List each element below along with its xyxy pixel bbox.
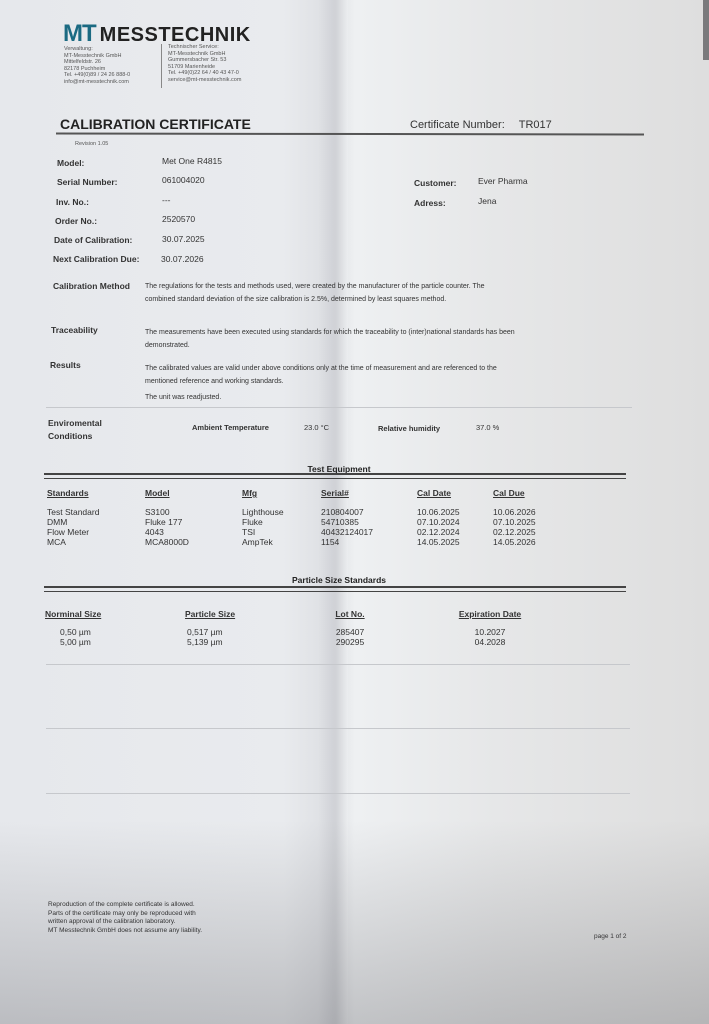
particle-standards-table: Norminal Size Particle Size Lot No. Expi… — [45, 609, 545, 647]
cell: TSI — [242, 527, 321, 537]
address-value: Jena — [478, 196, 496, 206]
cell: MCA — [47, 537, 145, 547]
cell: DMM — [47, 517, 145, 527]
service-address: Technischer Service: MT-Messtechnik GmbH… — [168, 44, 241, 83]
temperature-label: Ambient Temperature — [192, 423, 269, 432]
cell: 5,00 µm — [45, 637, 185, 647]
order-label: Order No.: — [55, 216, 97, 226]
address-divider — [161, 44, 162, 88]
cell: 07.10.2025 — [493, 517, 536, 527]
table-row: Flow Meter 4043 TSI 40432124017 02.12.20… — [47, 527, 536, 537]
cell: 54710385 — [321, 517, 417, 527]
column-header: Particle Size — [185, 609, 265, 627]
humidity-value: 37.0 % — [476, 423, 499, 432]
cell: 210804007 — [321, 507, 417, 517]
order-value: 2520570 — [162, 214, 195, 224]
address-line: Tel. +49(0)89 / 24 26 888-0 — [64, 72, 130, 79]
next-due-value: 30.07.2026 — [161, 254, 204, 264]
table-row: MCA MCA8000D AmpTek 1154 14.05.2025 14.0… — [47, 537, 536, 547]
logo-name: MESSTECHNIK — [100, 24, 251, 46]
address-line: service@mt-messtechnik.com — [168, 77, 241, 84]
cell: 14.05.2025 — [417, 537, 493, 547]
cell: 14.05.2026 — [493, 537, 536, 547]
column-header: Serial# — [321, 488, 417, 507]
cell: Fluke 177 — [145, 517, 242, 527]
cell: 5,139 µm — [185, 637, 265, 647]
table-row: 0,50 µm 0,517 µm 285407 10.2027 — [45, 627, 545, 637]
cell: Flow Meter — [47, 527, 145, 537]
certificate-number: Certificate Number:TR017 — [410, 119, 552, 131]
cell: AmpTek — [242, 537, 321, 547]
cell: 07.10.2024 — [417, 517, 493, 527]
test-equipment-rule — [44, 473, 626, 479]
particle-standards-heading: Particle Size Standards — [44, 575, 634, 585]
address-line: info@mt-messtechnik.com — [64, 79, 130, 86]
environment-label-2: Conditions — [48, 431, 92, 441]
customer-value: Ever Pharma — [478, 176, 528, 186]
inv-label: Inv. No.: — [56, 197, 89, 207]
cell: Test Standard — [47, 507, 145, 517]
test-equipment-table: Standards Model Mfg Serial# Cal Date Cal… — [47, 488, 536, 547]
cell: 290295 — [265, 637, 435, 647]
column-header: Cal Date — [417, 488, 493, 507]
cell: 04.2028 — [435, 637, 545, 647]
cell: 10.2027 — [435, 627, 545, 637]
footer-disclaimer: Reproduction of the complete certificate… — [48, 901, 202, 935]
table-row: DMM Fluke 177 Fluke 54710385 07.10.2024 … — [47, 517, 536, 527]
next-due-label: Next Calibration Due: — [53, 254, 139, 264]
cell: 10.06.2026 — [493, 507, 536, 517]
particle-standards-rule — [44, 586, 626, 592]
column-header: Mfg — [242, 488, 321, 507]
page-number: page 1 of 2 — [594, 933, 627, 942]
address-line: Tel. +49(0)22 64 / 40 43 47-0 — [168, 70, 241, 77]
cell: 02.12.2025 — [493, 527, 536, 537]
cell: 10.06.2025 — [417, 507, 493, 517]
row-divider — [46, 664, 630, 665]
cell: 40432124017 — [321, 527, 417, 537]
table-header-row: Norminal Size Particle Size Lot No. Expi… — [45, 609, 545, 627]
table-row: 5,00 µm 5,139 µm 290295 04.2028 — [45, 637, 545, 647]
cell: S3100 — [145, 507, 242, 517]
certificate-title: CALIBRATION CERTIFICATE — [60, 116, 251, 132]
certificate-number-value: TR017 — [519, 119, 552, 131]
column-header: Standards — [47, 488, 145, 507]
humidity-label: Relative humidity — [378, 424, 440, 433]
table-row: Test Standard S3100 Lighthouse 210804007… — [47, 507, 536, 517]
certificate-number-label: Certificate Number: — [410, 119, 505, 131]
footer-line: written approval of the calibration labo… — [48, 918, 202, 927]
customer-label: Customer: — [414, 178, 457, 188]
page-edge — [703, 0, 709, 60]
cell: Fluke — [242, 517, 321, 527]
column-header: Lot No. — [265, 609, 435, 627]
results-text: The calibrated values are valid under ab… — [145, 362, 525, 388]
model-label: Model: — [57, 158, 84, 168]
temperature-value: 23.0 °C — [304, 423, 329, 432]
traceability-text: The measurements have been executed usin… — [145, 326, 530, 352]
logo-mark: MT — [63, 20, 96, 47]
column-header: Norminal Size — [45, 609, 185, 627]
cell: 0,50 µm — [45, 627, 185, 637]
cell: 1154 — [321, 537, 417, 547]
cell: MCA8000D — [145, 537, 242, 547]
column-header: Expiration Date — [435, 609, 545, 627]
model-value: Met One R4815 — [162, 156, 222, 166]
traceability-label: Traceability — [51, 325, 98, 335]
cell: 285407 — [265, 627, 435, 637]
column-header: Model — [145, 488, 242, 507]
footer-line: Parts of the certificate may only be rep… — [48, 910, 202, 919]
cell: 02.12.2024 — [417, 527, 493, 537]
row-divider — [46, 728, 630, 729]
revision: Revision 1.05 — [75, 141, 108, 147]
results-label: Results — [50, 360, 81, 370]
cell: 0,517 µm — [185, 627, 265, 637]
admin-address: Verwaltung: MT-Messtechnik GmbH Mittelfe… — [64, 46, 130, 85]
table-header-row: Standards Model Mfg Serial# Cal Date Cal… — [47, 488, 536, 507]
method-label: Calibration Method — [53, 281, 130, 291]
title-rule — [56, 132, 644, 135]
footer-line: Reproduction of the complete certificate… — [48, 901, 202, 910]
column-header: Cal Due — [493, 488, 536, 507]
inv-value: --- — [162, 195, 171, 205]
calibration-date-value: 30.07.2025 — [162, 234, 205, 244]
environment-label-1: Enviromental — [48, 418, 102, 428]
serial-value: 061004020 — [162, 175, 205, 185]
cell: Lighthouse — [242, 507, 321, 517]
serial-label: Serial Number: — [57, 177, 117, 187]
section-divider — [46, 407, 632, 408]
row-divider — [46, 793, 630, 794]
footer-line: MT Messtechnik GmbH does not assume any … — [48, 927, 202, 936]
results-note: The unit was readjusted. — [145, 391, 535, 404]
address-label: Adress: — [414, 198, 446, 208]
cell: 4043 — [145, 527, 242, 537]
method-text: The regulations for the tests and method… — [145, 280, 505, 306]
calibration-date-label: Date of Calibration: — [54, 235, 132, 245]
